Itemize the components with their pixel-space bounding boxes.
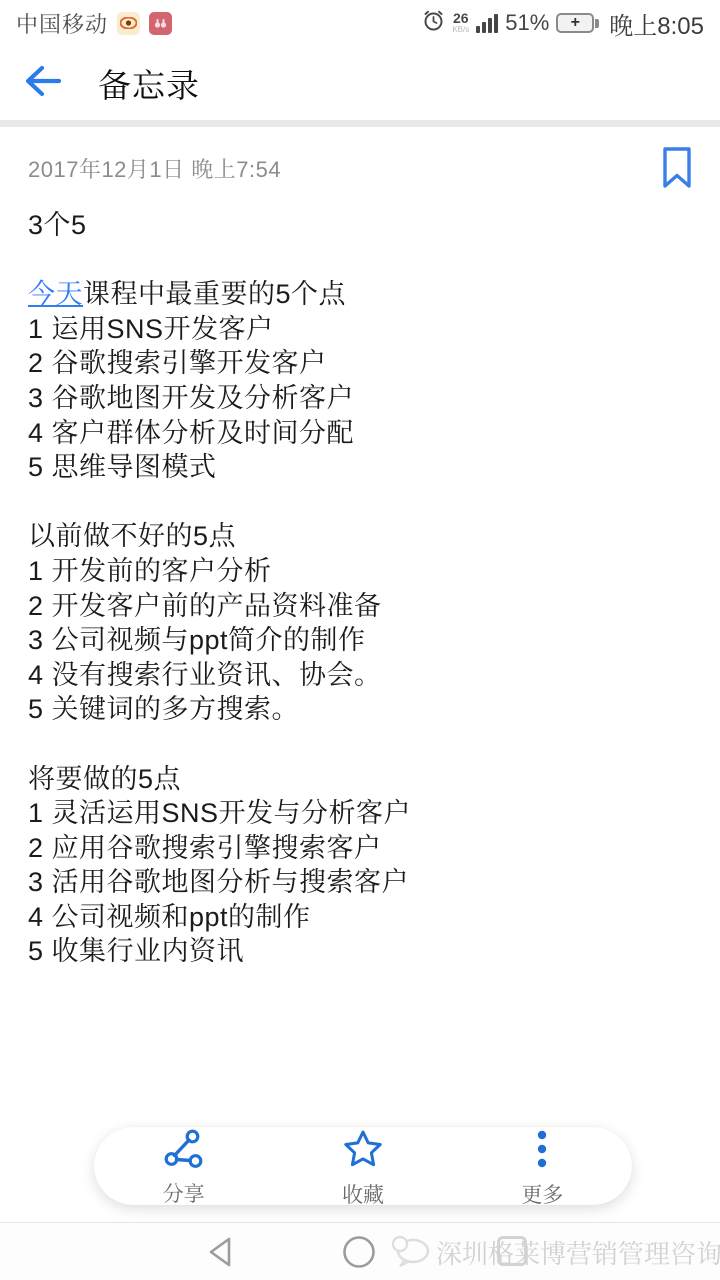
note-line: 3 活用谷歌地图分析与搜索客户	[28, 865, 696, 900]
bottom-toolbar: 分享 收藏 更多	[94, 1127, 632, 1205]
note-blank-line	[28, 727, 696, 762]
note-blank-line	[28, 485, 696, 520]
weibo-icon	[117, 12, 140, 35]
bookmark-icon[interactable]	[660, 145, 694, 196]
back-arrow-icon	[21, 62, 65, 105]
signal-bars-icon	[476, 13, 498, 33]
note-line: 2 应用谷歌搜索引擎搜索客户	[28, 831, 696, 866]
battery-charging-icon: +	[556, 13, 599, 33]
nav-recents-square-icon[interactable]	[497, 1236, 527, 1266]
status-bar: 中国移动	[0, 0, 720, 46]
note-line: 1 灵活运用SNS开发与分析客户	[28, 796, 696, 831]
note-line: 3 公司视频与ppt简介的制作	[28, 623, 696, 658]
favorite-label: 收藏	[342, 1179, 384, 1209]
note-section-heading: 将要做的5点	[28, 762, 696, 797]
note-line: 5 思维导图模式	[28, 450, 696, 485]
note-section-heading: 以前做不好的5点	[28, 519, 696, 554]
status-bar-right: 26 KB/s 51% + 晚上8:05	[422, 6, 704, 41]
nav-home-circle-icon[interactable]	[341, 1234, 377, 1275]
note-line: 3个5	[28, 208, 696, 243]
clock-label: 晚上8:05	[609, 6, 704, 41]
phone-screen: 中国移动	[0, 0, 720, 1280]
header-divider	[0, 120, 720, 127]
watermark-text: 深圳格莱博营销管理咨询有限公司	[436, 1234, 720, 1271]
note-timestamp: 2017年12月1日 晚上7:54	[28, 153, 281, 184]
note-line: 2 谷歌搜索引擎开发客户	[28, 346, 696, 381]
more-label: 更多	[521, 1179, 563, 1209]
carrier-label: 中国移动	[16, 8, 108, 39]
note-section-heading: 今天课程中最重要的5个点	[28, 277, 696, 312]
note-line: 4 客户群体分析及时间分配	[28, 416, 696, 451]
status-bar-left: 中国移动	[16, 8, 172, 39]
battery-percent-label: 51%	[505, 10, 549, 36]
note-line: 2 开发客户前的产品资料准备	[28, 589, 696, 624]
more-button[interactable]: 更多	[453, 1123, 632, 1209]
note-line: 4 公司视频和ppt的制作	[28, 900, 696, 935]
back-button[interactable]	[0, 46, 86, 120]
red-app-icon	[149, 12, 172, 35]
share-icon	[162, 1128, 206, 1175]
watermark: 深圳格莱博营销管理咨询有限公司	[390, 1223, 720, 1280]
note-line: 5 关键词的多方搜索。	[28, 692, 696, 727]
alarm-icon	[422, 9, 445, 37]
note-content: 2017年12月1日 晚上7:54 3个5今天课程中最重要的5个点1 运用SNS…	[0, 127, 720, 1222]
share-button[interactable]: 分享	[94, 1124, 273, 1208]
note-line: 4 没有搜索行业资讯、协会。	[28, 658, 696, 693]
share-label: 分享	[163, 1178, 205, 1208]
today-link[interactable]: 今天	[28, 279, 83, 309]
note-line: 1 开发前的客户分析	[28, 554, 696, 589]
note-blank-line	[28, 243, 696, 278]
speech-bubbles-logo-icon	[390, 1232, 432, 1273]
note-line: 5 收集行业内资讯	[28, 934, 696, 969]
more-dots-icon	[536, 1127, 548, 1176]
note-line: 1 运用SNS开发客户	[28, 312, 696, 347]
nav-back-triangle-icon[interactable]	[203, 1234, 237, 1275]
navigation-bar: 深圳格莱博营销管理咨询有限公司	[0, 1222, 720, 1280]
note-body: 3个5今天课程中最重要的5个点1 运用SNS开发客户2 谷歌搜索引擎开发客户3 …	[0, 196, 720, 969]
note-meta-row: 2017年12月1日 晚上7:54	[0, 127, 720, 196]
network-speed-indicator: 26 KB/s	[452, 11, 469, 34]
page-title: 备忘录	[98, 60, 200, 107]
favorite-button[interactable]: 收藏	[273, 1123, 452, 1209]
note-line: 3 谷歌地图开发及分析客户	[28, 381, 696, 416]
star-icon	[340, 1127, 386, 1176]
app-header: 备忘录	[0, 46, 720, 120]
